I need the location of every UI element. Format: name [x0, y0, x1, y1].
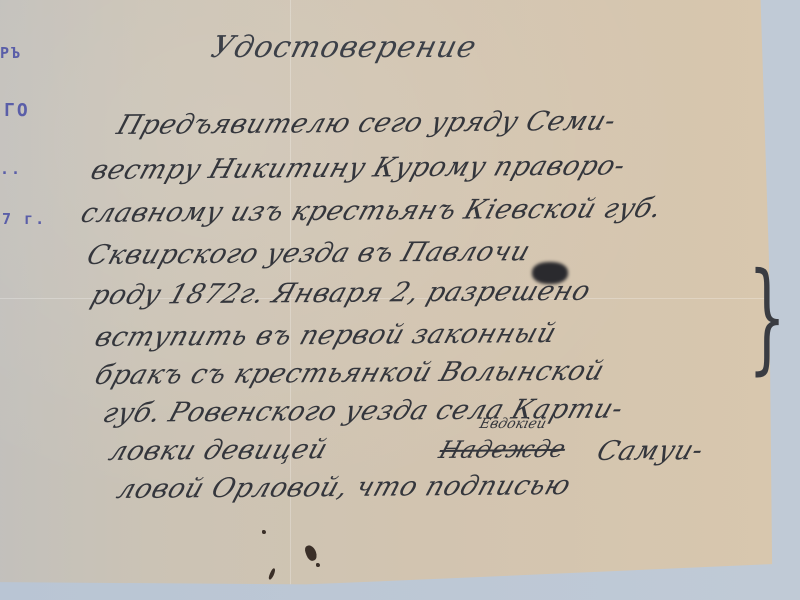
body-line-10: ловой Орловой, что подписью — [113, 470, 575, 505]
body-line-6: вступить въ первой законный — [91, 318, 560, 353]
inserted-correction-word: Евдокіей — [478, 416, 548, 432]
body-line-4: Сквирского уезда въ Павлочи — [83, 236, 534, 271]
paper-damage-speck — [316, 563, 320, 567]
margin-brace-mark: } — [748, 248, 786, 388]
stamp-line-2: ГО — [4, 100, 30, 121]
body-line-1: Предъявителю сего уряду Семи- — [113, 106, 620, 141]
body-line-3: славному изъ крестьянъ Кіевской губ. — [77, 193, 666, 229]
stamp-line-1: РЪ — [0, 44, 22, 62]
stamp-line-3: .. — [0, 160, 22, 178]
body-line-7: бракъ съ крестьянкой Волынской — [91, 356, 608, 391]
body-line-2: вестру Никитину Курому праворо- — [87, 150, 629, 186]
body-line-9: ловки девицей — [105, 434, 332, 467]
body-line-8: губ. Ровенского уезда села Карти- — [99, 393, 627, 429]
paper-damage-speck-2 — [262, 530, 266, 534]
body-line-5: роду 1872г. Января 2, разрешено — [87, 276, 595, 311]
document-title: Удостоверение — [208, 30, 481, 65]
stamp-line-4: 7 г. — [2, 210, 46, 228]
ink-blot — [532, 262, 568, 284]
struck-out-word: Надежде — [436, 435, 570, 464]
body-line-9-continued: Самуи- — [593, 435, 707, 467]
